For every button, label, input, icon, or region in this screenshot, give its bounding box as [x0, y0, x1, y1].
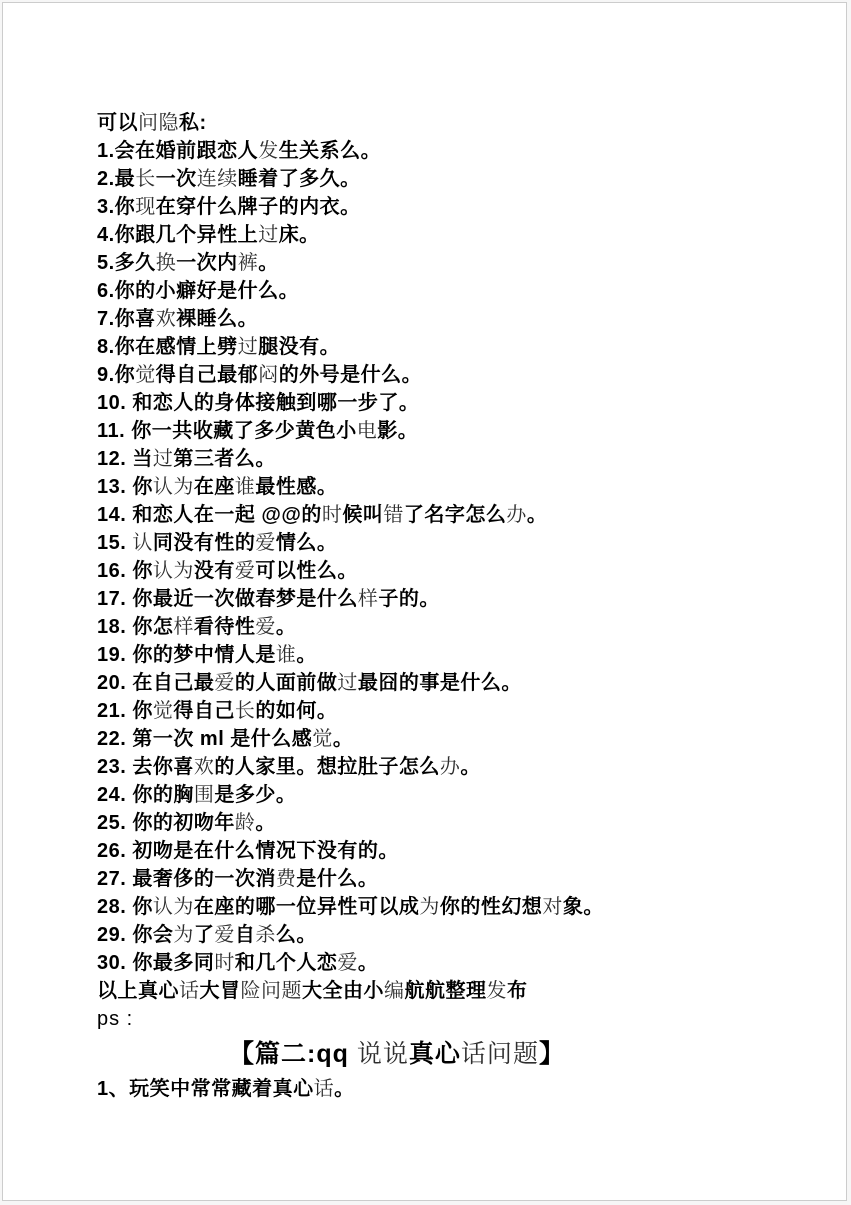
question-line: 10. 和恋人的身体接触到哪一步了。: [97, 389, 786, 417]
question-line: 18. 你怎样看待性爱。: [97, 613, 786, 641]
question-line: 24. 你的胸围是多少。: [97, 781, 786, 809]
question-line: 2.最长一次连续睡着了多久。: [97, 165, 786, 193]
ps-line: ps :: [97, 1005, 786, 1033]
question-line: 28. 你认为在座的哪一位异性可以成为你的性幻想对象。: [97, 893, 786, 921]
question-line: 20. 在自己最爱的人面前做过最囧的事是什么。: [97, 669, 786, 697]
question-line: 22. 第一次 ml 是什么感觉。: [97, 725, 786, 753]
question-line: 7.你喜欢裸睡么。: [97, 305, 786, 333]
intro-line: 可以问隐私:: [97, 109, 786, 137]
question-line: 29. 你会为了爱自杀么。: [97, 921, 786, 949]
question-line: 17. 你最近一次做春梦是什么样子的。: [97, 585, 786, 613]
question-line: 27. 最奢侈的一次消费是什么。: [97, 865, 786, 893]
question-line: 23. 去你喜欢的人家里。想拉肚子怎么办。: [97, 753, 786, 781]
question-line: 8.你在感情上劈过腿没有。: [97, 333, 786, 361]
question-line: 26. 初吻是在什么情况下没有的。: [97, 837, 786, 865]
document-content: 可以问隐私: 1.会在婚前跟恋人发生关系么。 2.最长一次连续睡着了多久。 3.…: [3, 3, 846, 1103]
credit-line: 以上真心话大冒险问题大全由小编航航整理发布: [97, 977, 786, 1005]
question-line: 13. 你认为在座谁最性感。: [97, 473, 786, 501]
question-line: 11. 你一共收藏了多少黄色小电影。: [97, 417, 786, 445]
question-line: 30. 你最多同时和几个人恋爱。: [97, 949, 786, 977]
question-line: 25. 你的初吻年龄。: [97, 809, 786, 837]
question-line: 21. 你觉得自己长的如何。: [97, 697, 786, 725]
question-line: 4.你跟几个异性上过床。: [97, 221, 786, 249]
question-line: 19. 你的梦中情人是谁。: [97, 641, 786, 669]
section2-first-line: 1、玩笑中常常藏着真心话。: [97, 1075, 786, 1103]
section-heading: 【篇二:qq 说说真心话问题】: [97, 1033, 697, 1075]
question-line: 6.你的小癖好是什么。: [97, 277, 786, 305]
question-line: 14. 和恋人在一起 @@的时候叫错了名字怎么办。: [97, 501, 786, 529]
question-line: 1.会在婚前跟恋人发生关系么。: [97, 137, 786, 165]
question-line: 15. 认同没有性的爱情么。: [97, 529, 786, 557]
question-line: 9.你觉得自己最郁闷的外号是什么。: [97, 361, 786, 389]
question-line: 16. 你认为没有爱可以性么。: [97, 557, 786, 585]
question-line: 12. 当过第三者么。: [97, 445, 786, 473]
question-line: 5.多久换一次内裤。: [97, 249, 786, 277]
document-page: 可以问隐私: 1.会在婚前跟恋人发生关系么。 2.最长一次连续睡着了多久。 3.…: [2, 2, 847, 1201]
question-line: 3.你现在穿什么牌子的内衣。: [97, 193, 786, 221]
